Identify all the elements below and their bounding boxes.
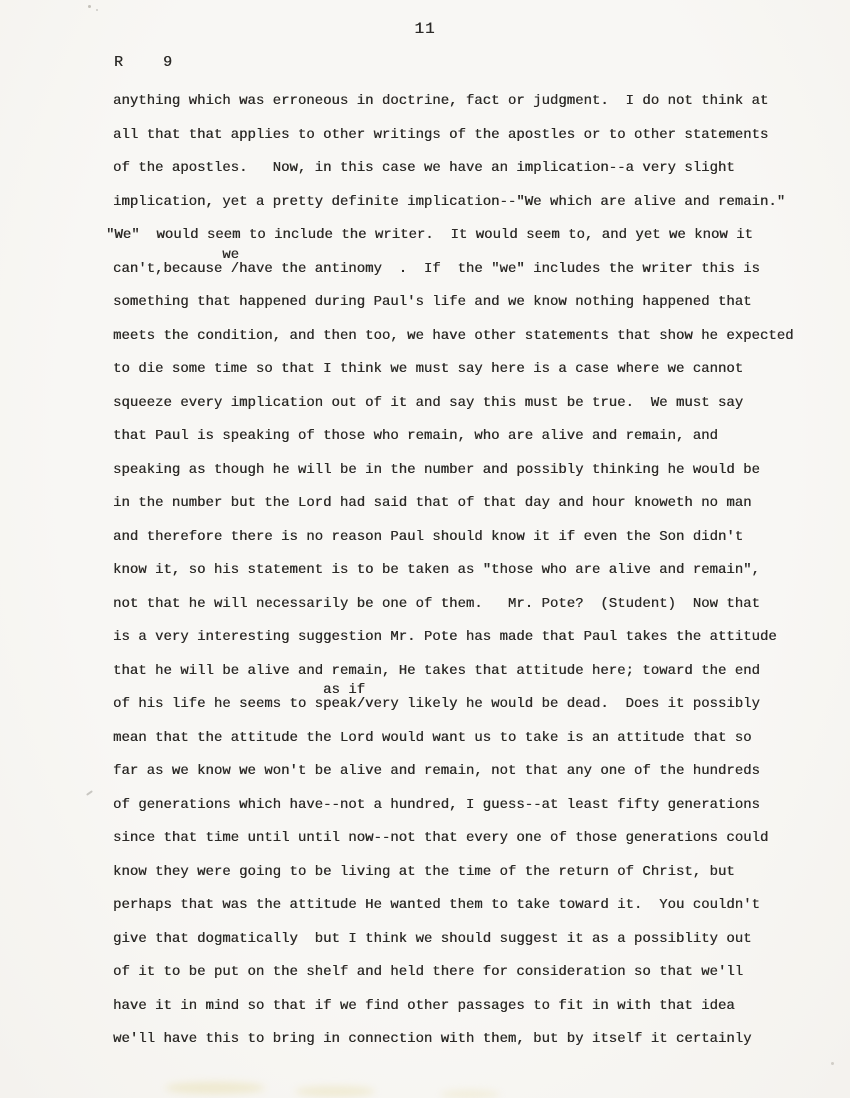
text-line: can't,because we/have the antinomy . If … bbox=[113, 253, 820, 287]
text-line: all that that applies to other writings … bbox=[113, 119, 820, 153]
text-line: not that he will necessarily be one of t… bbox=[113, 588, 820, 622]
text-line: to die some time so that I think we must… bbox=[113, 353, 820, 387]
text-line: we'll have this to bring in connection w… bbox=[113, 1023, 820, 1057]
text-line: that Paul is speaking of those who remai… bbox=[113, 420, 820, 454]
margin-code-number: 9 bbox=[163, 54, 172, 71]
text-line: something that happened during Paul's li… bbox=[113, 286, 820, 320]
text-line: squeeze every implication out of it and … bbox=[113, 387, 820, 421]
text-line: and therefore there is no reason Paul sh… bbox=[113, 521, 820, 555]
text-line: speaking as though he will be in the num… bbox=[113, 454, 820, 488]
text-line: mean that the attitude the Lord would wa… bbox=[113, 722, 820, 756]
text-line: far as we know we won't be alive and rem… bbox=[113, 755, 820, 789]
text-line: meets the condition, and then too, we ha… bbox=[113, 320, 820, 354]
speck-mark bbox=[96, 9, 98, 11]
text-line: that he will be alive and remain, He tak… bbox=[113, 655, 820, 689]
stain-mark bbox=[295, 1086, 375, 1097]
stain-mark bbox=[165, 1082, 265, 1094]
text-line: know it, so his statement is to be taken… bbox=[113, 554, 820, 588]
speck-mark bbox=[831, 1062, 834, 1065]
text-line: implication, yet a pretty definite impli… bbox=[113, 186, 820, 220]
text-line: of generations which have--not a hundred… bbox=[113, 789, 820, 823]
document-page: 11 R 9 anything which was erroneous in d… bbox=[0, 0, 850, 1098]
speck-mark bbox=[88, 5, 91, 8]
text-line: perhaps that was the attitude He wanted … bbox=[113, 889, 820, 923]
interlinear-insertion: as if bbox=[323, 683, 365, 697]
text-line: anything which was erroneous in doctrine… bbox=[113, 85, 820, 119]
text-line: since that time until until now--not tha… bbox=[113, 822, 820, 856]
text-line: of it to be put on the shelf and held th… bbox=[113, 956, 820, 990]
text-line: is a very interesting suggestion Mr. Pot… bbox=[113, 621, 820, 655]
text-line: of his life he seems to speakas if/very … bbox=[113, 688, 820, 722]
text-line: of the apostles. Now, in this case we ha… bbox=[113, 152, 820, 186]
interlinear-insertion: we bbox=[222, 248, 239, 262]
document-lines: anything which was erroneous in doctrine… bbox=[113, 85, 820, 1057]
margin-code-letter: R bbox=[114, 54, 123, 71]
page-number: 11 bbox=[0, 20, 850, 38]
text-line: in the number but the Lord had said that… bbox=[113, 487, 820, 521]
stain-mark bbox=[440, 1090, 500, 1098]
text-line: have it in mind so that if we find other… bbox=[113, 990, 820, 1024]
margin-code: R 9 bbox=[114, 54, 172, 71]
text-line: "We" would seem to include the writer. I… bbox=[106, 219, 820, 253]
text-line: know they were going to be living at the… bbox=[113, 856, 820, 890]
text-line: give that dogmatically but I think we sh… bbox=[113, 923, 820, 957]
margin-tick-mark bbox=[86, 790, 93, 796]
